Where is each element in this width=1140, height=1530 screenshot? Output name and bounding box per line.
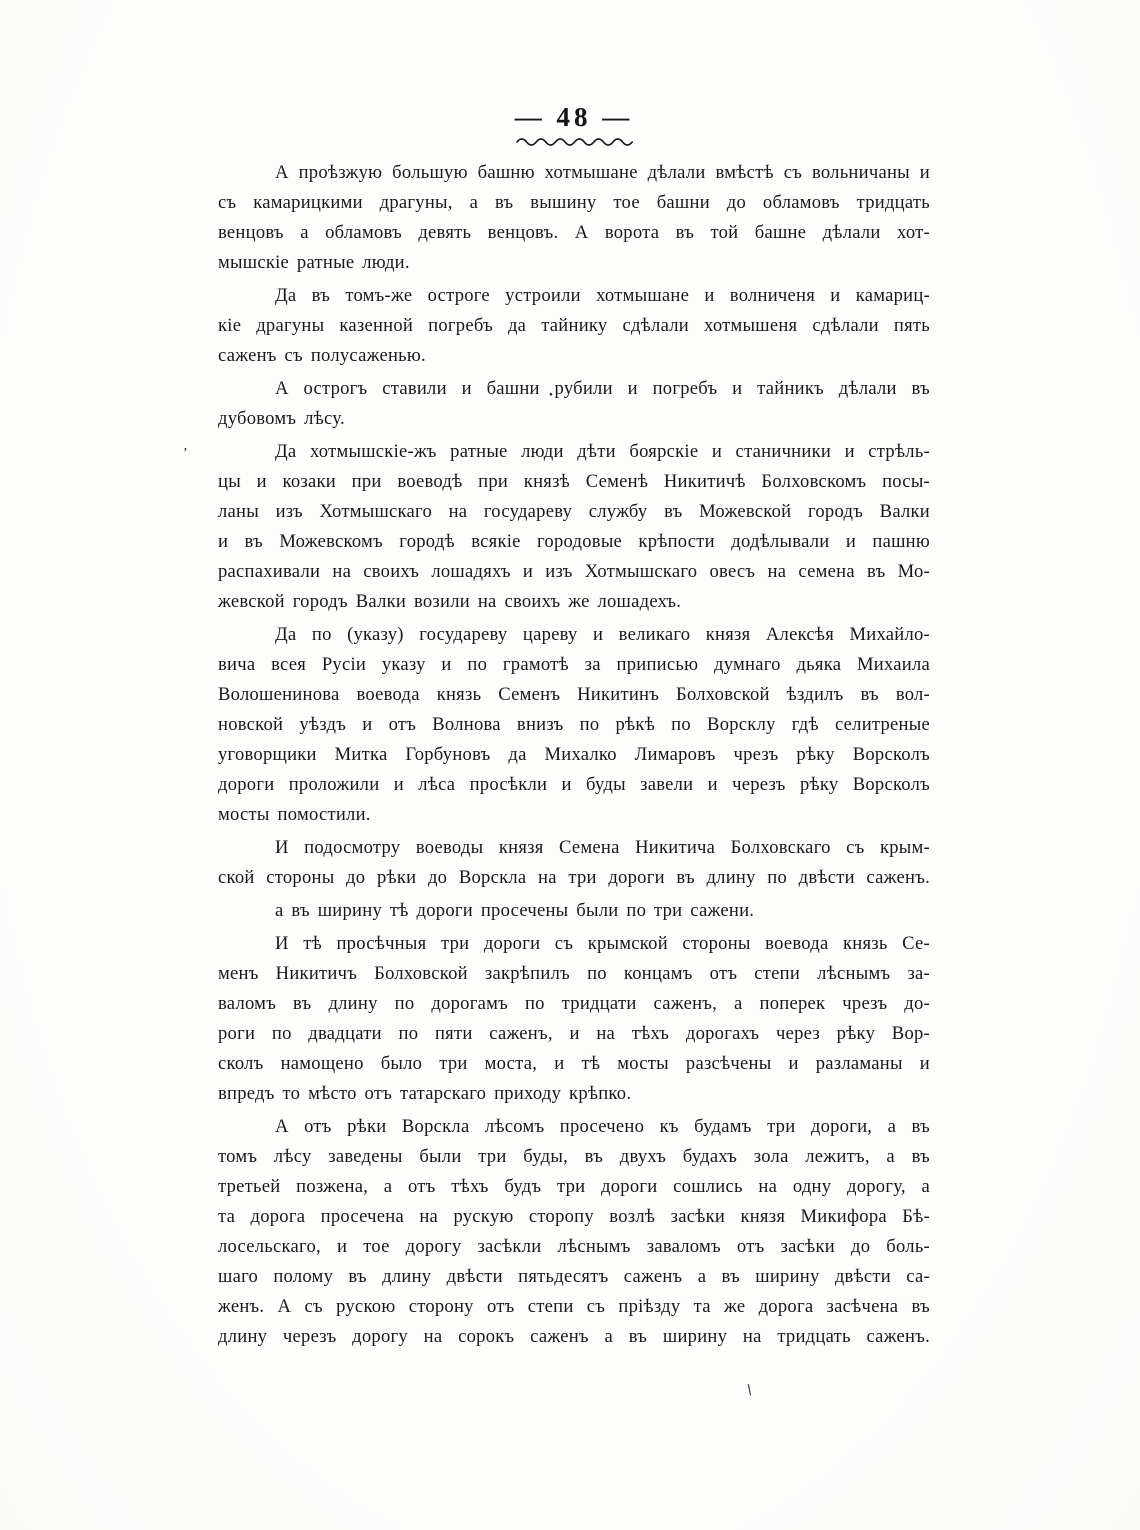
paragraph: И подосмотру воеводы князя Семена Никити…: [218, 833, 930, 893]
text-line: жевской городъ Валки возили на своихъ же…: [218, 587, 930, 617]
text-line: венцовъ а обламовъ девять венцовъ. А вор…: [218, 218, 930, 248]
paragraph: А отъ рѣки Ворскла лѣсомъ просечено къ б…: [218, 1112, 930, 1352]
text-line: длину черезъ дорогу на сорокъ саженъ а в…: [218, 1322, 930, 1352]
text-line: шаго полому въ длину двѣсти пятьдесятъ с…: [218, 1262, 930, 1292]
text-line: а въ ширину тѣ дороги просечены были по …: [218, 896, 930, 926]
text-line: ланы изъ Хотмышскаго на государеву служб…: [218, 497, 930, 527]
paragraph: И тѣ просѣчныя три дороги съ крымской ст…: [218, 929, 930, 1109]
ink-dot: •: [549, 390, 553, 401]
text-line: А острогъ ставили и башни рубили и погре…: [218, 374, 930, 404]
text-line: третьей позжена, а отъ тѣхъ будъ три дор…: [218, 1172, 930, 1202]
paragraph: а въ ширину тѣ дороги просечены были по …: [218, 896, 930, 926]
text-block: А проѣзжую большую башню хотмышане дѣлал…: [218, 158, 930, 1355]
text-line: томъ лѣсу заведены были три буды, въ дву…: [218, 1142, 930, 1172]
text-line: дороги проложили и лѣса просѣкли и буды …: [218, 770, 930, 800]
text-line: съ камарицкими драгуны, а въ вышину тое …: [218, 188, 930, 218]
text-line: менъ Никитичъ Болховской закрѣпилъ по ко…: [218, 959, 930, 989]
page-number: — 48 —: [218, 104, 930, 131]
text-line: А проѣзжую большую башню хотмышане дѣлал…: [218, 158, 930, 188]
text-line: впредъ то мѣсто отъ татарскаго приходу к…: [218, 1079, 930, 1109]
text-line: роги по двадцати по пяти саженъ, и на тѣ…: [218, 1019, 930, 1049]
paragraph: А острогъ ставили и башни рубили и погре…: [218, 374, 930, 434]
text-line: мышскіе ратные люди.: [218, 248, 930, 278]
page-header: — 48 —: [218, 104, 930, 151]
text-line: цы и козаки при воеводѣ при князѣ Семенѣ…: [218, 467, 930, 497]
text-line: кіе драгуны казенной погребъ да тайнику …: [218, 311, 930, 341]
paragraph: Да хотмышскіе-жъ ратные люди дѣти боярск…: [218, 437, 930, 617]
text-line: новской уѣздъ и отъ Волнова внизъ по рѣк…: [218, 710, 930, 740]
paragraph: Да по (указу) государеву цареву и велика…: [218, 620, 930, 830]
text-line: саженъ съ полусаженью.: [218, 341, 930, 371]
text-line: и въ Можевскомъ городѣ всякіе городовые …: [218, 527, 930, 557]
text-line: сколъ намощено было три моста, и тѣ мост…: [218, 1049, 930, 1079]
text-line: Да въ томъ-же остроге устроили хотмышане…: [218, 281, 930, 311]
text-line: мосты помостили.: [218, 800, 930, 830]
text-line: А отъ рѣки Ворскла лѣсомъ просечено къ б…: [218, 1112, 930, 1142]
wavy-rule-icon: [218, 133, 930, 151]
text-line: вича всея Русіи указу и по грамотѣ за пр…: [218, 650, 930, 680]
text-line: женъ. А съ рускою сторону отъ степи съ п…: [218, 1292, 930, 1322]
ink-speck-bottom: \: [746, 1383, 753, 1399]
text-line: распахивали на своихъ лошадяхъ и изъ Хот…: [218, 557, 930, 587]
scanned-page: — 48 — А проѣзжую большую башню хотмышан…: [0, 0, 1140, 1530]
text-line: Да по (указу) государеву цареву и велика…: [218, 620, 930, 650]
text-line: ской стороны до рѣки до Ворскла на три д…: [218, 863, 930, 893]
text-line: валомъ въ длину по дорогамъ по тридцати …: [218, 989, 930, 1019]
text-line: Волошенинова воевода князь Семенъ Никити…: [218, 680, 930, 710]
text-line: И тѣ просѣчныя три дороги съ крымской ст…: [218, 929, 930, 959]
text-line: лосельскаго, и тое дорогу засѣкли лѣсным…: [218, 1232, 930, 1262]
text-line: уговорщики Митка Горбуновъ да Михалко Ли…: [218, 740, 930, 770]
text-line: та дорога просечена на рускую сторопу во…: [218, 1202, 930, 1232]
text-line: И подосмотру воеводы князя Семена Никити…: [218, 833, 930, 863]
paragraph: Да въ томъ-же остроге устроили хотмышане…: [218, 281, 930, 371]
ink-speck-margin: ’: [183, 447, 188, 461]
paragraph: А проѣзжую большую башню хотмышане дѣлал…: [218, 158, 930, 278]
text-line: Да хотмышскіе-жъ ратные люди дѣти боярск…: [218, 437, 930, 467]
text-line: дубовомъ лѣсу.: [218, 404, 930, 434]
